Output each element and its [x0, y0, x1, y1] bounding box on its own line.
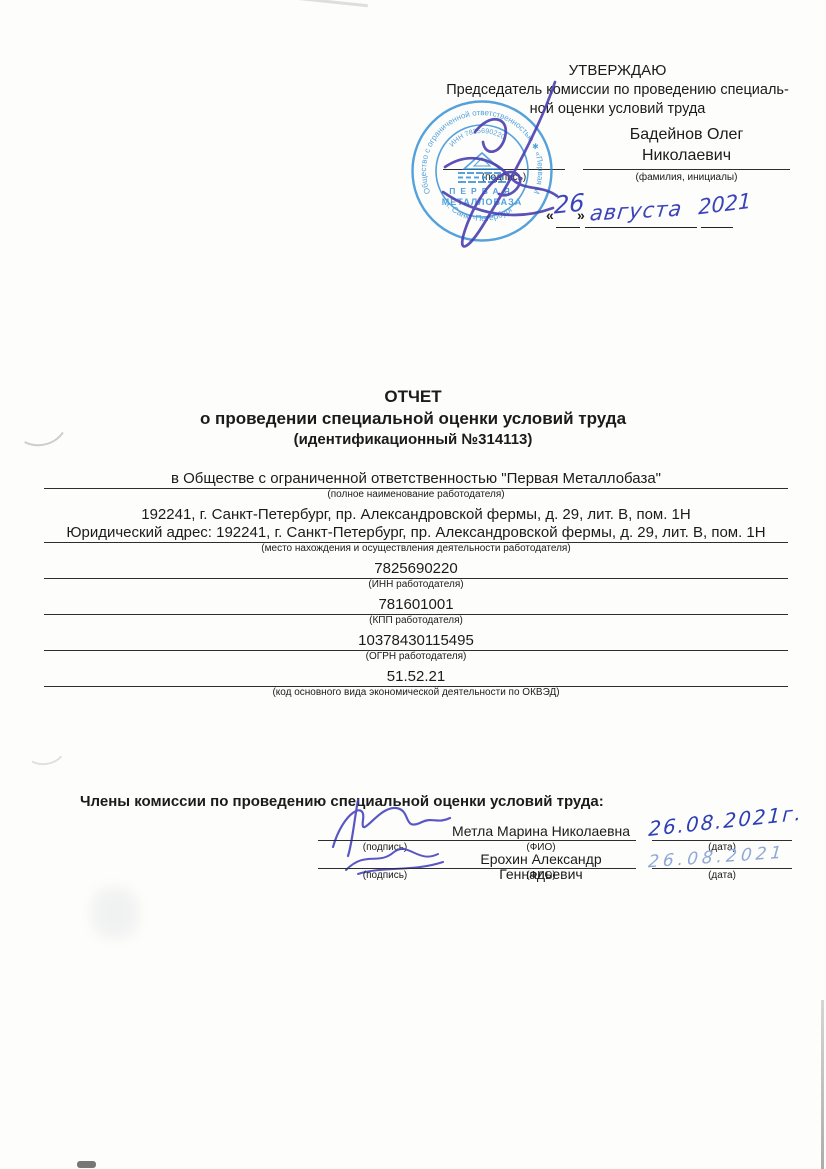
employer-kpp-label: (КПП работодателя)	[44, 615, 788, 627]
title-line2: о проведении специальной оценки условий …	[0, 408, 826, 430]
date-underline	[585, 227, 697, 228]
employer-legal-address-value: Юридический адрес: 192241, г. Санкт-Пете…	[44, 524, 788, 542]
member1-name-line	[446, 840, 636, 841]
employer-inn-label: (ИНН работодателя)	[44, 579, 788, 591]
employer-kpp-field: 781601001 (КПП работодателя)	[44, 596, 788, 627]
employer-inn-field: 7825690220 (ИНН работодателя)	[44, 560, 788, 591]
member2-date-line	[652, 868, 792, 869]
document-page: УТВЕРЖДАЮ Председатель комиссии по прове…	[0, 0, 826, 1169]
employer-okved-field: 51.52.21 (код основного вида экономическ…	[44, 668, 788, 699]
scan-spot	[77, 1161, 96, 1168]
employer-okved-value: 51.52.21	[44, 668, 788, 686]
employer-name-field: в Обществе с ограниченной ответственност…	[44, 470, 788, 501]
approver-signature	[415, 72, 580, 267]
employer-address-field: 192241, г. Санкт-Петербург, пр. Александ…	[44, 506, 788, 555]
member2-signature-label: (подпись)	[318, 870, 452, 882]
title-line1: ОТЧЕТ	[0, 386, 826, 408]
member1-handwritten-date: 26.08.2021г.	[648, 799, 818, 841]
member2-date-label: (дата)	[652, 870, 792, 882]
scan-streak	[286, 0, 368, 7]
employer-name-value: в Обществе с ограниченной ответственност…	[44, 470, 788, 488]
member1-date-line	[652, 840, 792, 841]
employer-ogrn-label: (ОГРН работодателя)	[44, 651, 788, 663]
document-title: ОТЧЕТ о проведении специальной оценки ус…	[0, 386, 826, 450]
employer-address-value: 192241, г. Санкт-Петербург, пр. Александ…	[44, 506, 788, 524]
title-line3: (идентификационный №314113)	[0, 430, 826, 450]
approver-name: Бадейнов Олег Николаевич	[583, 124, 790, 166]
member2-name-label: (ФИО)	[446, 870, 636, 882]
approver-name-line2: Николаевич	[583, 145, 790, 166]
date-underline	[701, 227, 733, 228]
surname-label: (фамилия, инициалы)	[583, 172, 790, 184]
member1-name: Метла Марина Николаевна	[446, 824, 636, 839]
employer-fields: в Обществе с ограниченной ответственност…	[44, 470, 788, 704]
employer-name-label: (полное наименование работодателя)	[44, 489, 788, 501]
employer-inn-value: 7825690220	[44, 560, 788, 578]
member2-signature-line	[318, 868, 452, 869]
approver-name-line1: Бадейнов Олег	[583, 124, 790, 145]
employer-address-label: (место нахождения и осуществления деятел…	[44, 543, 788, 555]
employer-okved-label: (код основного вида экономической деятел…	[44, 687, 788, 699]
employer-ogrn-field: 10378430115495 (ОГРН работодателя)	[44, 632, 788, 663]
employer-kpp-value: 781601001	[44, 596, 788, 614]
scan-edge-line	[821, 1000, 824, 1169]
member2-name-line	[446, 868, 636, 869]
employer-ogrn-value: 10378430115495	[44, 632, 788, 650]
scan-smudge	[92, 888, 138, 938]
handwritten-year: 2021	[698, 189, 751, 220]
handwritten-month: августа	[589, 196, 684, 225]
hole-punch-mark	[22, 730, 69, 769]
approver-name-line	[583, 169, 790, 170]
